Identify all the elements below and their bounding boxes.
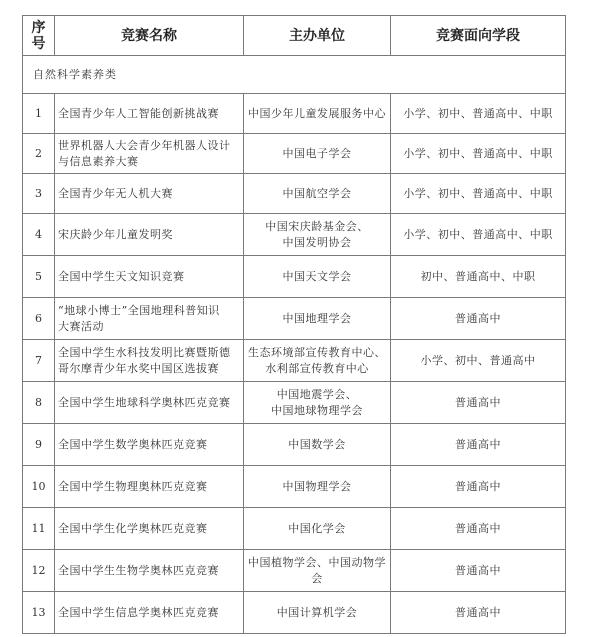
- organizer-line: 中国物理学会: [247, 479, 387, 495]
- organizer-line: 中国地理学会: [247, 311, 387, 327]
- organizer: 中国数学会: [244, 424, 391, 466]
- competition-name-line: 全国中学生物理奥林匹克竞赛: [58, 479, 240, 495]
- table-header-row: 序号 竞赛名称 主办单位 竞赛面向学段: [23, 16, 566, 56]
- competition-name: 全国中学生物理奥林匹克竞赛: [55, 466, 244, 508]
- competition-name-line: 全国青少年人工智能创新挑战赛: [58, 106, 240, 122]
- table-row: 7全国中学生水科技发明比赛暨斯德哥尔摩青少年水奖中国区选拔赛生态环境部宣传教育中…: [23, 340, 566, 382]
- competition-name-line: 全国中学生数学奥林匹克竞赛: [58, 437, 240, 453]
- competition-name: 全国中学生生物学奥林匹克竞赛: [55, 550, 244, 592]
- table-row: 3全国青少年无人机大赛中国航空学会小学、初中、普通高中、中职: [23, 174, 566, 214]
- organizer-line: 中国宋庆龄基金会、: [247, 219, 387, 235]
- row-number: 7: [23, 340, 55, 382]
- school-level: 普通高中: [391, 550, 566, 592]
- competition-name: 全国中学生地球科学奥林匹克竞赛: [55, 382, 244, 424]
- organizer: 中国航空学会: [244, 174, 391, 214]
- competition-name-line: “地球小博士”全国地理科普知识: [58, 303, 240, 319]
- school-level: 普通高中: [391, 298, 566, 340]
- table-row: 10全国中学生物理奥林匹克竞赛中国物理学会普通高中: [23, 466, 566, 508]
- school-level: 小学、初中、普通高中、中职: [391, 174, 566, 214]
- competition-name: 全国中学生化学奥林匹克竞赛: [55, 508, 244, 550]
- organizer: 中国地震学会、中国地球物理学会: [244, 382, 391, 424]
- organizer-line: 中国数学会: [247, 437, 387, 453]
- competition-name-line: 全国中学生信息学奥林匹克竞赛: [58, 605, 240, 621]
- school-level: 普通高中: [391, 382, 566, 424]
- organizer: 生态环境部宣传教育中心、水利部宣传教育中心: [244, 340, 391, 382]
- table-row: 8全国中学生地球科学奥林匹克竞赛中国地震学会、中国地球物理学会普通高中: [23, 382, 566, 424]
- organizer: 中国物理学会: [244, 466, 391, 508]
- organizer-line: 中国航空学会: [247, 186, 387, 202]
- row-number: 11: [23, 508, 55, 550]
- organizer: 中国宋庆龄基金会、中国发明协会: [244, 214, 391, 256]
- competition-name-line: 宋庆龄少年儿童发明奖: [58, 227, 240, 243]
- row-number: 10: [23, 466, 55, 508]
- school-level: 普通高中: [391, 592, 566, 634]
- competition-name: 全国中学生信息学奥林匹克竞赛: [55, 592, 244, 634]
- competition-name: 全国中学生天文知识竞赛: [55, 256, 244, 298]
- organizer-line: 中国发明协会: [247, 235, 387, 251]
- table-row: 5全国中学生天文知识竞赛中国天文学会初中、普通高中、中职: [23, 256, 566, 298]
- row-number: 2: [23, 134, 55, 174]
- row-number: 9: [23, 424, 55, 466]
- organizer-line: 中国少年儿童发展服务中心: [247, 106, 387, 122]
- organizer-line: 中国植物学会、中国动物学会: [247, 555, 387, 587]
- competition-name-line: 全国青少年无人机大赛: [58, 186, 240, 202]
- header-no: 序号: [23, 16, 55, 56]
- competition-name-line: 全国中学生地球科学奥林匹克竞赛: [58, 395, 240, 411]
- school-level: 普通高中: [391, 508, 566, 550]
- table-row: 12全国中学生生物学奥林匹克竞赛中国植物学会、中国动物学会普通高中: [23, 550, 566, 592]
- organizer: 中国植物学会、中国动物学会: [244, 550, 391, 592]
- organizer: 中国少年儿童发展服务中心: [244, 94, 391, 134]
- header-org: 主办单位: [244, 16, 391, 56]
- competition-name-line: 全国中学生生物学奥林匹克竞赛: [58, 563, 240, 579]
- school-level: 小学、初中、普通高中、中职: [391, 134, 566, 174]
- row-number: 12: [23, 550, 55, 592]
- competition-name: 全国中学生水科技发明比赛暨斯德哥尔摩青少年水奖中国区选拔赛: [55, 340, 244, 382]
- competition-name-line: 全国中学生化学奥林匹克竞赛: [58, 521, 240, 537]
- organizer-line: 中国地球物理学会: [247, 403, 387, 419]
- competition-name: 全国青少年人工智能创新挑战赛: [55, 94, 244, 134]
- competition-name-line: 哥尔摩青少年水奖中国区选拔赛: [58, 361, 240, 377]
- competition-name: “地球小博士”全国地理科普知识大赛活动: [55, 298, 244, 340]
- header-level: 竞赛面向学段: [391, 16, 566, 56]
- table-row: 6“地球小博士”全国地理科普知识大赛活动中国地理学会普通高中: [23, 298, 566, 340]
- organizer-line: 中国化学会: [247, 521, 387, 537]
- table-row: 9全国中学生数学奥林匹克竞赛中国数学会普通高中: [23, 424, 566, 466]
- organizer: 中国计算机学会: [244, 592, 391, 634]
- competition-name: 世界机器人大会青少年机器人设计与信息素养大赛: [55, 134, 244, 174]
- table-row: 4宋庆龄少年儿童发明奖中国宋庆龄基金会、中国发明协会小学、初中、普通高中、中职: [23, 214, 566, 256]
- organizer-line: 生态环境部宣传教育中心、: [247, 345, 387, 361]
- organizer-line: 中国天文学会: [247, 269, 387, 285]
- school-level: 小学、初中、普通高中、中职: [391, 94, 566, 134]
- school-level: 初中、普通高中、中职: [391, 256, 566, 298]
- competition-name-line: 全国中学生水科技发明比赛暨斯德: [58, 345, 240, 361]
- header-name: 竞赛名称: [55, 16, 244, 56]
- table-row: 11全国中学生化学奥林匹克竞赛中国化学会普通高中: [23, 508, 566, 550]
- organizer: 中国电子学会: [244, 134, 391, 174]
- school-level: 普通高中: [391, 466, 566, 508]
- school-level: 小学、初中、普通高中、中职: [391, 214, 566, 256]
- competition-name-line: 与信息素养大赛: [58, 154, 240, 170]
- organizer: 中国天文学会: [244, 256, 391, 298]
- row-number: 1: [23, 94, 55, 134]
- competition-name-line: 世界机器人大会青少年机器人设计: [58, 138, 240, 154]
- competition-name-line: 大赛活动: [58, 319, 240, 335]
- organizer: 中国地理学会: [244, 298, 391, 340]
- organizer-line: 中国地震学会、: [247, 387, 387, 403]
- organizer-line: 中国电子学会: [247, 146, 387, 162]
- competition-table: 序号 竞赛名称 主办单位 竞赛面向学段 自然科学素养类 1全国青少年人工智能创新…: [22, 15, 566, 634]
- category-label: 自然科学素养类: [23, 56, 566, 94]
- row-number: 6: [23, 298, 55, 340]
- table-row: 1全国青少年人工智能创新挑战赛中国少年儿童发展服务中心小学、初中、普通高中、中职: [23, 94, 566, 134]
- row-number: 3: [23, 174, 55, 214]
- organizer-line: 水利部宣传教育中心: [247, 361, 387, 377]
- competition-name: 全国中学生数学奥林匹克竞赛: [55, 424, 244, 466]
- organizer-line: 中国计算机学会: [247, 605, 387, 621]
- table-row: 13全国中学生信息学奥林匹克竞赛中国计算机学会普通高中: [23, 592, 566, 634]
- category-row: 自然科学素养类: [23, 56, 566, 94]
- school-level: 小学、初中、普通高中: [391, 340, 566, 382]
- school-level: 普通高中: [391, 424, 566, 466]
- row-number: 13: [23, 592, 55, 634]
- organizer: 中国化学会: [244, 508, 391, 550]
- row-number: 4: [23, 214, 55, 256]
- table-row: 2世界机器人大会青少年机器人设计与信息素养大赛中国电子学会小学、初中、普通高中、…: [23, 134, 566, 174]
- competition-name: 宋庆龄少年儿童发明奖: [55, 214, 244, 256]
- row-number: 5: [23, 256, 55, 298]
- competition-name: 全国青少年无人机大赛: [55, 174, 244, 214]
- competition-name-line: 全国中学生天文知识竞赛: [58, 269, 240, 285]
- row-number: 8: [23, 382, 55, 424]
